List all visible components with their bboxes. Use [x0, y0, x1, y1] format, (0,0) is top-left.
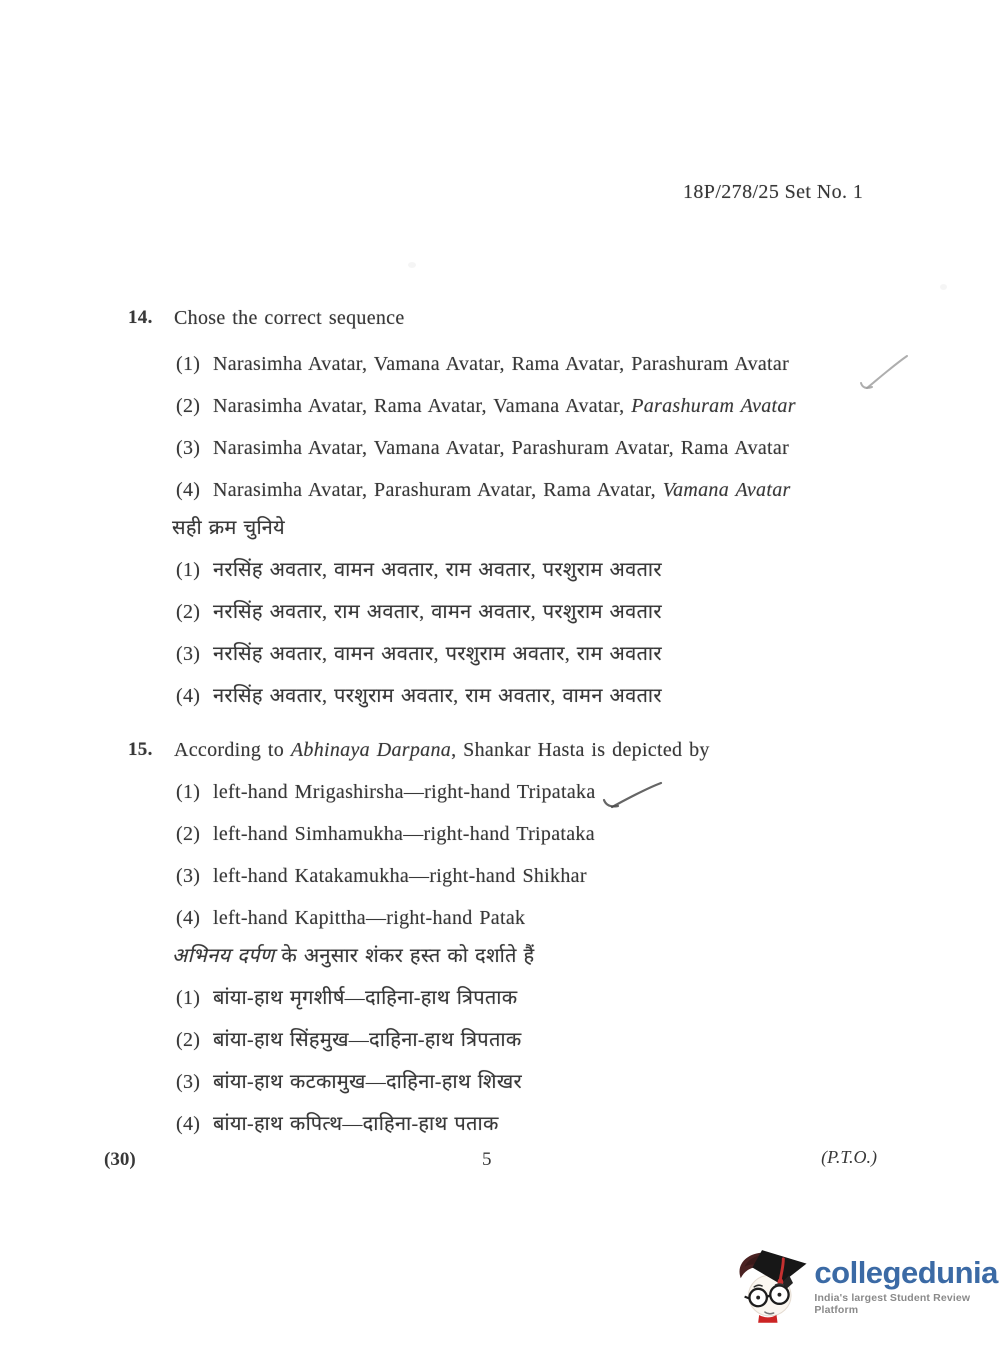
option-label: (2): [176, 822, 213, 846]
option-label: (4): [176, 684, 213, 708]
q15-option-3: (3) left-hand Katakamukha—right-hand Shi…: [128, 864, 918, 888]
option-label: (2): [176, 394, 213, 418]
q15-hindi-option-1: (1) बांया-हाथ मृगशीर्ष—दाहिना-हाथ त्रिपत…: [128, 986, 918, 1010]
option-text: बांया-हाथ कपित्थ—दाहिना-हाथ पताक: [213, 1112, 499, 1136]
q15-hindi-option-4: (4) बांया-हाथ कपित्थ—दाहिना-हाथ पताक: [128, 1112, 918, 1136]
brand-name: collegedunia: [814, 1258, 997, 1288]
graduate-mascot-icon: [733, 1244, 810, 1324]
q15-hindi-option-3: (3) बांया-हाथ कटकामुख—दाहिना-हाथ शिखर: [128, 1070, 918, 1094]
question-block: 14. Chose the correct sequence (1) Naras…: [128, 306, 918, 1136]
option-text: Narasimha Avatar, Parashuram Avatar, Ram…: [213, 478, 791, 502]
option-text: left-hand Katakamukha—right-hand Shikhar: [213, 864, 587, 888]
question-text: Chose the correct sequence: [174, 306, 405, 330]
scan-speck: [408, 262, 416, 268]
q15-hindi-title: अभिनय दर्पण के अनुसार शंकर हस्त को दर्शा…: [128, 944, 918, 968]
collegedunia-logo: collegedunia .com India's largest Studen…: [733, 1244, 1001, 1324]
option-label: (4): [176, 1112, 213, 1136]
option-text: नरसिंह अवतार, वामन अवतार, राम अवतार, परश…: [213, 558, 662, 582]
brand-tagline: India's largest Student Review Platform: [814, 1292, 1001, 1316]
page-number: 5: [482, 1149, 492, 1171]
q15-option-2: (2) left-hand Simhamukha—right-hand Trip…: [128, 822, 918, 846]
q14-hindi-option-3: (3) नरसिंह अवतार, वामन अवतार, परशुराम अव…: [128, 642, 918, 666]
option-label: (1): [176, 986, 213, 1010]
option-label: (2): [176, 1028, 213, 1052]
q14-option-2: (2) Narasimha Avatar, Rama Avatar, Vaman…: [128, 394, 918, 418]
option-label: (1): [176, 780, 213, 804]
option-text: Narasimha Avatar, Vamana Avatar, Rama Av…: [213, 352, 789, 376]
q14-hindi-option-1: (1) नरसिंह अवतार, वामन अवतार, राम अवतार,…: [128, 558, 918, 582]
option-label: (3): [176, 436, 213, 460]
q14-option-1: (1) Narasimha Avatar, Vamana Avatar, Ram…: [128, 352, 918, 376]
question-15-title: 15. According to Abhinaya Darpana, Shank…: [128, 738, 918, 762]
option-text: left-hand Simhamukha—right-hand Tripatak…: [213, 822, 595, 846]
pto-mark: (P.T.O.): [821, 1147, 877, 1168]
option-text: नरसिंह अवतार, राम अवतार, वामन अवतार, परश…: [213, 600, 662, 624]
q15-hindi-option-2: (2) बांया-हाथ सिंहमुख—दाहिना-हाथ त्रिपता…: [128, 1028, 918, 1052]
option-label: (4): [176, 478, 213, 502]
q15-option-1: (1) left-hand Mrigashirsha—right-hand Tr…: [128, 780, 918, 804]
option-label: (3): [176, 642, 213, 666]
pen-tick-mark: [597, 779, 667, 815]
option-label: (1): [176, 352, 213, 376]
option-text: बांया-हाथ मृगशीर्ष—दाहिना-हाथ त्रिपताक: [213, 986, 517, 1010]
option-text: left-hand Kapittha—right-hand Patak: [213, 906, 525, 930]
option-label: (3): [176, 1070, 213, 1094]
option-text: Narasimha Avatar, Rama Avatar, Vamana Av…: [213, 394, 796, 418]
q14-hindi-title: सही क्रम चुनिये: [128, 516, 918, 540]
scan-speck: [940, 284, 947, 290]
q14-hindi-option-4: (4) नरसिंह अवतार, परशुराम अवतार, राम अवत…: [128, 684, 918, 708]
option-text: Narasimha Avatar, Vamana Avatar, Parashu…: [213, 436, 789, 460]
option-label: (1): [176, 558, 213, 582]
option-label: (4): [176, 906, 213, 930]
option-text: नरसिंह अवतार, वामन अवतार, परशुराम अवतार,…: [213, 642, 662, 666]
option-text: नरसिंह अवतार, परशुराम अवतार, राम अवतार, …: [213, 684, 662, 708]
question-number: 14.: [128, 306, 174, 330]
paper-code: 18P/278/25 Set No. 1: [683, 181, 863, 204]
q14-option-4: (4) Narasimha Avatar, Parashuram Avatar,…: [128, 478, 918, 502]
question-text: According to Abhinaya Darpana, Shankar H…: [174, 738, 710, 762]
logo-text: collegedunia .com India's largest Studen…: [814, 1244, 1001, 1316]
scanned-exam-page: 18P/278/25 Set No. 1 14. Chose the corre…: [0, 0, 1001, 1356]
question-14-title: 14. Chose the correct sequence: [128, 306, 918, 330]
q15-option-4: (4) left-hand Kapittha—right-hand Patak: [128, 906, 918, 930]
question-number: 15.: [128, 738, 174, 762]
q14-hindi-option-2: (2) नरसिंह अवतार, राम अवतार, वामन अवतार,…: [128, 600, 918, 624]
option-text: left-hand Mrigashirsha—right-hand Tripat…: [213, 780, 596, 804]
option-label: (3): [176, 864, 213, 888]
question-count-mark: (30): [104, 1149, 136, 1171]
pencil-tick-mark: [856, 350, 912, 396]
option-text: बांया-हाथ सिंहमुख—दाहिना-हाथ त्रिपताक: [213, 1028, 522, 1052]
q14-option-3: (3) Narasimha Avatar, Vamana Avatar, Par…: [128, 436, 918, 460]
option-label: (2): [176, 600, 213, 624]
option-text: बांया-हाथ कटकामुख—दाहिना-हाथ शिखर: [213, 1070, 522, 1094]
